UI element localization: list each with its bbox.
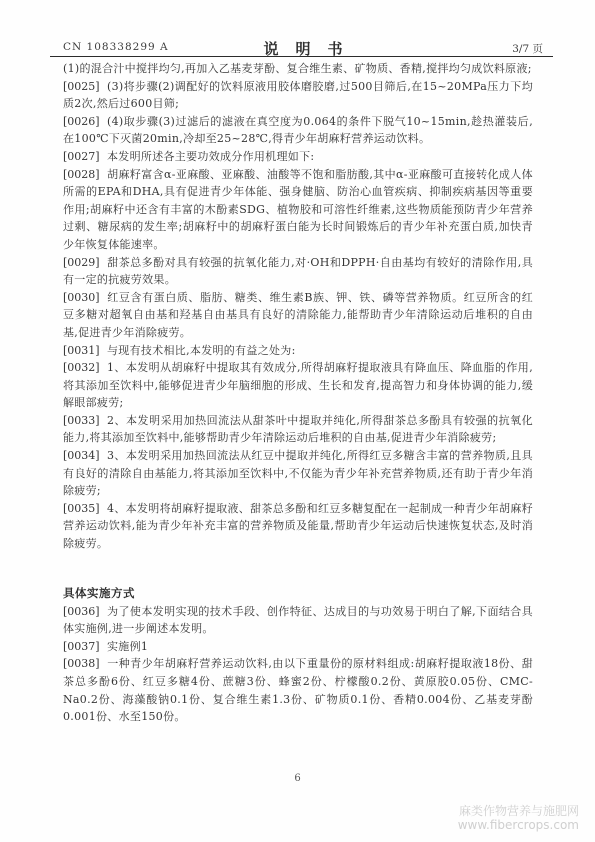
paragraph-number: [0033]: [63, 412, 107, 430]
patent-page: CN 108338299 A 说明书 3/7 页 (1)的混合汁中搅拌均匀,再加…: [0, 0, 595, 842]
paragraph-number: [0029]: [63, 254, 107, 272]
paragraph: [0033]2、本发明采用加热回流法从甜茶叶中提取并纯化,所得甜茶总多酚具有较强…: [63, 412, 533, 447]
paragraph-text: 胡麻籽富含α-亚麻酸、亚麻酸、油酸等不饱和脂肪酸,其中α-亚麻酸可直接转化成人体…: [63, 168, 533, 251]
paragraph-text: 4、本发明将胡麻籽提取液、甜茶总多酚和红豆多糖复配在一起制成一种青少年胡麻籽营养…: [63, 502, 533, 550]
paragraph-number: [0028]: [63, 166, 107, 184]
page-header: CN 108338299 A 说明书 3/7 页: [63, 38, 543, 56]
paragraph-text: 为了使本发明实现的技术手段、创作特征、达成目的与功效易于明白了解,下面结合具体实…: [63, 605, 533, 636]
paragraph: (1)的混合汁中搅拌均匀,再加入乙基麦芽酚、复合维生素、矿物质、香精,搅拌均匀成…: [63, 60, 533, 78]
paragraph: [0029]甜茶总多酚对具有较强的抗氧化能力,对·OH和DPPH·自由基均有较好…: [63, 254, 533, 289]
paragraph-text: 1、本发明从胡麻籽中提取其有效成分,所得胡麻籽提取液具有降血压、降血脂的作用,将…: [63, 361, 533, 409]
page-indicator: 3/7 页: [512, 41, 543, 56]
paragraph: [0035]4、本发明将胡麻籽提取液、甜茶总多酚和红豆多糖复配在一起制成一种青少…: [63, 500, 533, 553]
paragraph: [0031]与现有技术相比,本发明的有益之处为:: [63, 342, 533, 360]
paragraph: [0038]一种青少年胡麻籽营养运动饮料,由以下重量份的原材料组成:胡麻籽提取液…: [63, 655, 533, 725]
paragraph-text: (1)的混合汁中搅拌均匀,再加入乙基麦芽酚、复合维生素、矿物质、香精,搅拌均匀成…: [63, 62, 532, 75]
paragraph-number: [0037]: [63, 638, 107, 656]
paragraph-number: [0032]: [63, 359, 107, 377]
paragraph-list: (1)的混合汁中搅拌均匀,再加入乙基麦芽酚、复合维生素、矿物质、香精,搅拌均匀成…: [63, 60, 533, 553]
paragraph: [0036]为了使本发明实现的技术手段、创作特征、达成目的与功效易于明白了解,下…: [63, 603, 533, 638]
example-paragraph-list: [0036]为了使本发明实现的技术手段、创作特征、达成目的与功效易于明白了解,下…: [63, 603, 533, 726]
page-number: 6: [0, 773, 595, 784]
paragraph-text: 实施例1: [107, 640, 148, 653]
paragraph-text: 甜茶总多酚对具有较强的抗氧化能力,对·OH和DPPH·自由基均有较好的清除作用,…: [63, 256, 533, 287]
specification-body: (1)的混合汁中搅拌均匀,再加入乙基麦芽酚、复合维生素、矿物质、香精,搅拌均匀成…: [63, 60, 533, 726]
doc-number: CN 108338299 A: [63, 41, 169, 53]
paragraph-text: 与现有技术相比,本发明的有益之处为:: [107, 344, 296, 357]
paragraph-number: [0036]: [63, 603, 107, 621]
paragraph-text: 2、本发明采用加热回流法从甜茶叶中提取并纯化,所得甜茶总多酚具有较强的抗氧化能力…: [63, 414, 533, 445]
paragraph-text: (3)将步骤(2)调配好的饮料原液用胶体磨胶磨,过500目筛后,在15~20MP…: [63, 80, 533, 111]
watermark-url: www.fibercrops.com: [458, 819, 579, 833]
watermark-site-name: 麻类作物营养与施肥网: [458, 805, 579, 819]
paragraph-number: [0026]: [63, 113, 107, 131]
paragraph-number: [0027]: [63, 148, 107, 166]
header-rule: [50, 56, 553, 57]
paragraph: [0026](4)取步骤(3)过滤后的滤液在真空度为0.064的条件下脱气10~…: [63, 113, 533, 148]
paragraph-number: [0035]: [63, 500, 107, 518]
paragraph: [0037]实施例1: [63, 638, 533, 656]
paragraph: [0034]3、本发明采用加热回流法从红豆中提取并纯化,所得红豆多糖含丰富的营养…: [63, 447, 533, 500]
paragraph-text: 3、本发明采用加热回流法从红豆中提取并纯化,所得红豆多糖含丰富的营养物质,且具有…: [63, 449, 533, 497]
paragraph-number: [0030]: [63, 289, 107, 307]
paragraph-number: [0038]: [63, 655, 107, 673]
paragraph: [0032]1、本发明从胡麻籽中提取其有效成分,所得胡麻籽提取液具有降血压、降血…: [63, 359, 533, 412]
paragraph-number: [0034]: [63, 447, 107, 465]
paragraph: [0030]红豆含有蛋白质、脂肪、糖类、维生素B族、钾、铁、磷等营养物质。红豆所…: [63, 289, 533, 342]
paragraph: [0027]本发明所述各主要功效成分作用机理如下:: [63, 148, 533, 166]
paragraph: [0028]胡麻籽富含α-亚麻酸、亚麻酸、油酸等不饱和脂肪酸,其中α-亚麻酸可直…: [63, 166, 533, 254]
paragraph-text: 一种青少年胡麻籽营养运动饮料,由以下重量份的原材料组成:胡麻籽提取液18份、甜茶…: [63, 657, 533, 723]
paragraph-text: (4)取步骤(3)过滤后的滤液在真空度为0.064的条件下脱气10~15min,…: [63, 115, 533, 146]
paragraph-number: [0025]: [63, 78, 107, 96]
paragraph-text: 本发明所述各主要功效成分作用机理如下:: [107, 150, 314, 163]
paragraph-text: 红豆含有蛋白质、脂肪、糖类、维生素B族、钾、铁、磷等营养物质。红豆所含的红豆多糖…: [63, 291, 533, 339]
section-heading: 具体实施方式: [63, 584, 533, 602]
paragraph-number: [0031]: [63, 342, 107, 360]
paragraph: [0025](3)将步骤(2)调配好的饮料原液用胶体磨胶磨,过500目筛后,在1…: [63, 78, 533, 113]
watermark: 麻类作物营养与施肥网 www.fibercrops.com: [458, 805, 579, 832]
